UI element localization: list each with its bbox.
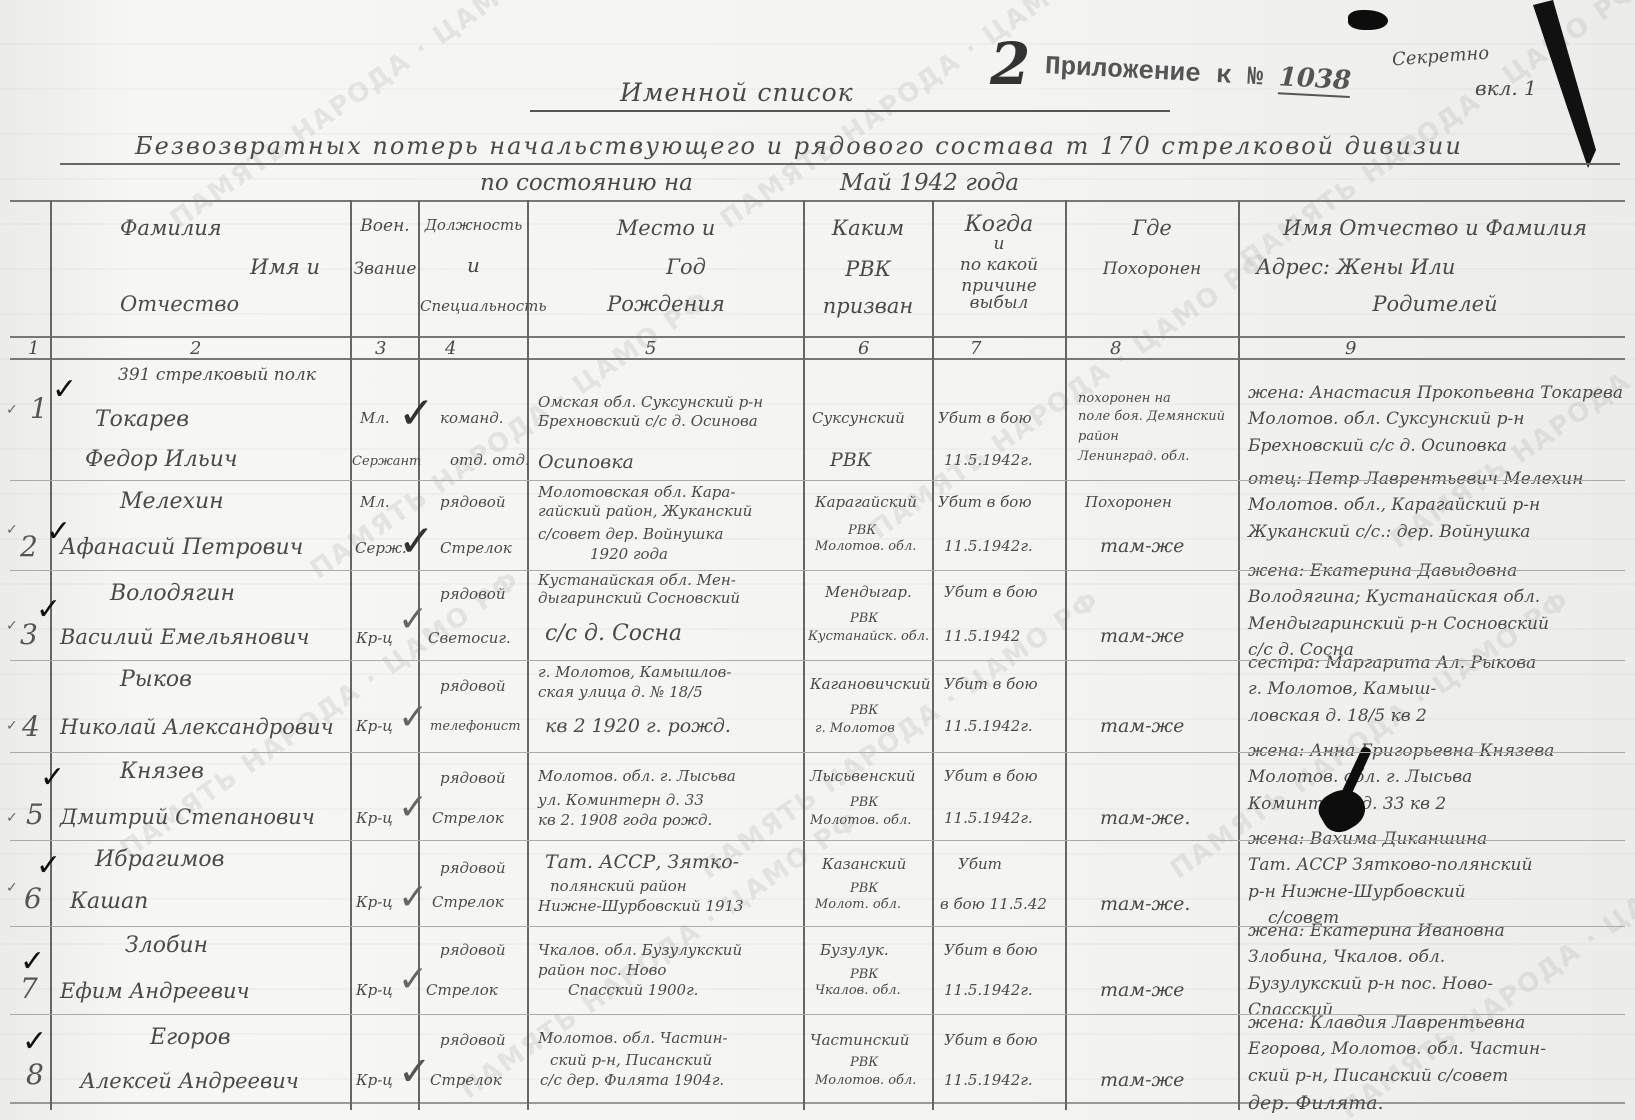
- rvk: РВК: [850, 796, 878, 810]
- position: рядовой: [440, 494, 506, 511]
- row-divider: [10, 1014, 1625, 1015]
- relative-address: жена: Клавдия Лаврентьевна Егорова, Моло…: [1248, 1010, 1546, 1118]
- surname: Рыков: [120, 668, 192, 692]
- header-when-line1: Когда: [934, 214, 1064, 236]
- subtitle-underline: [60, 163, 1620, 165]
- unit-heading: 391 стрелковый полк: [118, 366, 316, 385]
- burial-place: там-же.: [1100, 894, 1190, 915]
- position: Стрелок: [432, 894, 504, 911]
- header-when: Когда и по какой причине выбыл: [934, 214, 1064, 312]
- check-mark-icon: ✓: [398, 602, 428, 638]
- check-mark-icon: ✓: [40, 760, 65, 795]
- surname: Злобин: [125, 934, 208, 958]
- relative-address: жена: Вахима Диканшина Тат. АССР Зятково…: [1248, 826, 1532, 931]
- column-divider: [1238, 200, 1240, 1110]
- address-line: Бузулукский р-н пос. Ново-: [1248, 971, 1505, 997]
- address-line: р-н Нижне-Шурбовский: [1248, 879, 1532, 905]
- position: команд.: [440, 410, 504, 427]
- relative-address: отец: Петр Лаврентьевич Мелехин Молотов.…: [1248, 466, 1583, 545]
- birth-place: с/совет дер. Войнушка: [538, 526, 723, 543]
- position: Стрелок: [430, 1072, 502, 1089]
- row-number: 6: [24, 882, 42, 915]
- check-mark-icon: ✓: [398, 700, 428, 736]
- header-birth: Место и Год Рождения: [530, 218, 802, 315]
- burial-place: Похоронен: [1085, 494, 1172, 511]
- small-check-icon: ✓: [6, 880, 18, 896]
- header-position-line2: и: [420, 255, 527, 275]
- birth-place: Тат. АССР, Зятко-: [545, 852, 739, 873]
- column-number: 7: [970, 338, 981, 359]
- birth-place: Осиповка: [538, 452, 634, 473]
- rvk: РВК: [850, 968, 878, 982]
- column-number: 8: [1110, 338, 1121, 359]
- header-rvk: Каким РВК призван: [805, 218, 931, 317]
- row-number: 8: [26, 1058, 44, 1091]
- burial-place: Ленинград. обл.: [1078, 450, 1189, 464]
- when-reason: Убит в бою: [944, 768, 1038, 785]
- position: Стрелок: [440, 540, 512, 557]
- rvk: Кагановичский: [810, 676, 930, 693]
- address-line: жена: Екатерина Ивановна: [1248, 918, 1505, 944]
- table-top-border: [10, 200, 1625, 202]
- header-when-line2: и: [934, 236, 1064, 253]
- ink-mark-icon: [1528, 0, 1598, 170]
- burial-place: там-же: [1100, 626, 1184, 647]
- header-birth-line2: Год: [530, 257, 802, 278]
- document-subtitle: Безвозвратных потерь начальствующего и р…: [135, 132, 1463, 160]
- surname: Токарев: [95, 408, 189, 432]
- when-reason: Убит в бою: [944, 584, 1038, 601]
- title-underline: [530, 110, 1170, 112]
- rvk: Суксунский: [812, 410, 905, 427]
- address-line: Молотов. обл. г. Лысьва: [1248, 764, 1554, 790]
- when-reason: Убит в бою: [944, 942, 1038, 959]
- given-names: Афанасий Петрович: [60, 536, 303, 560]
- check-mark-icon: ✓: [398, 520, 435, 564]
- header-name-line2: Имя и: [60, 257, 340, 278]
- address-line: ский р-н, Писанский с/совет: [1248, 1063, 1546, 1089]
- header-when-line3: по какой: [934, 257, 1064, 274]
- rank: Кр-ц: [356, 630, 393, 647]
- header-when-line5: выбыл: [934, 295, 1064, 312]
- given-names: Кашап: [70, 890, 148, 914]
- burial-place: похоронен на: [1078, 392, 1171, 406]
- rvk: Молотов. обл.: [815, 540, 916, 554]
- position: Стрелок: [432, 810, 504, 827]
- birth-place: Брехновский с/с д. Осинова: [538, 413, 758, 430]
- address-line: Коминтерн д. 33 кв 2: [1248, 791, 1554, 817]
- header-where: Где Похоронен: [1067, 218, 1237, 278]
- rvk: Бузулук.: [820, 942, 889, 959]
- position: Светосиг.: [428, 630, 511, 647]
- birth-place: ская улица д. № 18/5: [538, 684, 703, 701]
- rvk: Чкалов. обл.: [815, 984, 901, 998]
- position: рядовой: [440, 860, 506, 877]
- column-number: 1: [28, 338, 39, 359]
- header-rvk-line1: Каким: [805, 218, 931, 239]
- when-date: 11.5.1942г.: [944, 982, 1033, 999]
- birth-place: кв 2. 1908 года рожд.: [538, 812, 712, 829]
- row-divider: [10, 480, 1625, 481]
- column-divider: [350, 200, 352, 1110]
- burial-place: там-же: [1100, 1070, 1184, 1091]
- when-date: 11.5.1942г.: [944, 810, 1033, 827]
- address-line: Володягина; Кустанайская обл.: [1248, 584, 1549, 610]
- check-mark-icon: ✓: [398, 962, 428, 998]
- check-mark-icon: ✓: [398, 880, 428, 916]
- surname: Володягин: [110, 582, 235, 606]
- document-title: Именной список: [620, 78, 854, 107]
- when-reason: Убит в бою: [944, 1032, 1038, 1049]
- birth-place: дыгаринский Сосновский: [538, 590, 740, 607]
- rank: Кр-ц: [356, 894, 393, 911]
- check-mark-icon: ✓: [22, 1024, 47, 1059]
- small-check-icon: ✓: [6, 522, 18, 538]
- address-line: дер. Филята.: [1248, 1089, 1546, 1118]
- rvk: РВК: [850, 882, 878, 896]
- relative-address: жена: Екатерина Давыдовна Володягина; Ку…: [1248, 558, 1549, 663]
- birth-place: Кустанайская обл. Мен-: [538, 572, 736, 589]
- as-of-date: Май 1942 года: [840, 170, 1019, 196]
- as-of-label: по состоянию на: [480, 170, 693, 196]
- birth-place: Молотовская обл. Кара-: [538, 484, 735, 501]
- small-check-icon: ✓: [6, 402, 18, 418]
- birth-place: полянский район: [550, 878, 687, 895]
- birth-place: Молотов. обл. г. Лысьва: [538, 768, 736, 785]
- when-reason: Убит: [958, 856, 1002, 873]
- column-number: 5: [645, 338, 656, 359]
- when-reason: Убит в бою: [938, 494, 1032, 511]
- small-check-icon: ✓: [6, 810, 18, 826]
- rvk: РВК: [830, 450, 871, 471]
- check-mark-icon: ✓: [398, 1052, 432, 1092]
- row-number: 7: [20, 972, 38, 1005]
- rank: Кр-ц: [356, 982, 393, 999]
- header-position: Должность и Специальность: [420, 218, 527, 314]
- column-number: 3: [375, 338, 386, 359]
- rvk: РВК: [850, 612, 878, 626]
- header-address-line3: Родителей: [1240, 294, 1630, 315]
- header-name: Фамилия Имя и Отчество: [60, 218, 340, 315]
- position: отд. отд.: [450, 452, 530, 469]
- when-date: 11.5.1942: [944, 628, 1020, 645]
- burial-place: там-же.: [1100, 808, 1190, 829]
- birth-place: ский р-н, Писанский: [550, 1052, 712, 1069]
- birth-place: с/с д. Сосна: [545, 622, 682, 646]
- surname: Ибрагимов: [95, 848, 224, 872]
- address-line: Брехновский с/с д. Осиповка: [1248, 433, 1623, 459]
- burial-place: там-же: [1100, 980, 1184, 1001]
- address-line: жена: Екатерина Давыдовна: [1248, 558, 1549, 584]
- row-divider: [10, 926, 1625, 927]
- relative-address: жена: Екатерина Ивановна Злобина, Чкалов…: [1248, 918, 1505, 1023]
- birth-place: Чкалов. обл. Бузулукский: [538, 942, 742, 959]
- surname: Егоров: [150, 1026, 231, 1050]
- rvk: Молот. обл.: [815, 898, 901, 912]
- birth-place: г. Молотов, Камышлов-: [538, 664, 731, 681]
- ink-blot-icon: [1348, 10, 1388, 30]
- birth-place: Нижне-Шурбовский 1913: [538, 898, 744, 915]
- row-number: 4: [22, 710, 40, 743]
- when-date: 11.5.1942г.: [944, 1072, 1033, 1089]
- row-number: 2: [20, 530, 38, 563]
- birth-place: кв 2 1920 г. рожд.: [545, 716, 731, 737]
- row-number: 3: [20, 618, 38, 651]
- header-position-line1: Должность: [420, 218, 527, 233]
- position: телефонист: [430, 720, 521, 734]
- rank: Мл.: [360, 410, 390, 427]
- relative-address: сестра: Маргарита Ал. Рыкова г. Молотов,…: [1248, 650, 1536, 729]
- column-number: 4: [445, 338, 456, 359]
- address-line: Злобина, Чкалов. обл.: [1248, 944, 1505, 970]
- surname: Мелехин: [120, 490, 224, 514]
- rvk: Молотов. обл.: [815, 1074, 916, 1088]
- rvk: Частинский: [810, 1032, 909, 1049]
- address-line: Мендыгаринский р-н Сосновский: [1248, 611, 1549, 637]
- position: рядовой: [440, 1032, 506, 1049]
- surname: Князев: [120, 760, 204, 784]
- row-divider: [10, 570, 1625, 571]
- position: Стрелок: [426, 982, 498, 999]
- column-number: 6: [858, 338, 869, 359]
- address-line: Молотов. обл., Карагайский р-н: [1248, 492, 1583, 518]
- column-divider: [1065, 200, 1067, 1110]
- address-line: ловская д. 18/5 кв 2: [1248, 703, 1536, 729]
- check-mark-icon: ✓: [398, 392, 435, 436]
- burial-place: там-же: [1100, 536, 1184, 557]
- address-line: сестра: Маргарита Ал. Рыкова: [1248, 650, 1536, 676]
- row-divider: [10, 840, 1625, 841]
- address-line: Молотов. обл. Суксунский р-н: [1248, 406, 1623, 432]
- header-position-line3: Специальность: [420, 299, 527, 314]
- rvk: РВК: [850, 704, 878, 718]
- row-divider: [10, 660, 1625, 661]
- rank: Кр-ц: [356, 810, 393, 827]
- column-divider: [932, 200, 934, 1110]
- header-address-line2: Адрес: Жены Или: [1240, 257, 1630, 278]
- header-where-line1: Где: [1067, 218, 1237, 239]
- header-rvk-line2: РВК: [805, 259, 931, 280]
- rvk: Лысьвенский: [810, 768, 915, 785]
- column-number: 9: [1345, 338, 1356, 359]
- header-where-line2: Похоронен: [1067, 261, 1237, 278]
- rvk: Молотов. обл.: [810, 814, 911, 828]
- header-address-line1: Имя Отчество и Фамилия: [1240, 218, 1630, 239]
- column-divider: [50, 200, 52, 1110]
- check-mark-icon: ✓: [398, 790, 428, 826]
- header-address: Имя Отчество и Фамилия Адрес: Жены Или Р…: [1240, 218, 1630, 315]
- check-mark-icon: ✓: [36, 848, 61, 883]
- header-rank-line2: Звание: [352, 261, 418, 278]
- birth-place: Спасский 1900г.: [568, 982, 698, 999]
- relative-address: жена: Анастасия Прокопьевна Токарева Мол…: [1248, 380, 1623, 459]
- burial-place: там-же: [1100, 716, 1184, 737]
- when-reason: Убит в бою: [944, 676, 1038, 693]
- when-date: 11.5.1942г.: [944, 452, 1033, 469]
- rvk: Мендыгар.: [825, 584, 912, 601]
- relative-address: жена: Анна Григорьевна Князева Молотов. …: [1248, 738, 1554, 817]
- when-reason: Убит в бою: [938, 410, 1032, 427]
- when-date: в бою 11.5.42: [940, 896, 1047, 913]
- rvk: РВК: [850, 1056, 878, 1070]
- when-date: 11.5.1942г.: [944, 538, 1033, 555]
- birth-place: Омская обл. Суксунский р-н: [538, 394, 763, 411]
- column-divider: [527, 200, 529, 1110]
- rvk: РВК: [848, 524, 876, 538]
- given-names: Дмитрий Степанович: [60, 806, 315, 829]
- rank: Сержант: [352, 455, 421, 469]
- header-bottom-border: [10, 336, 1625, 338]
- given-names: Ефим Андреевич: [60, 980, 250, 1003]
- column-number: 2: [190, 338, 201, 359]
- birth-place: ул. Коминтерн д. 33: [538, 792, 704, 809]
- birth-place: гайский район, Жуканский: [538, 503, 752, 520]
- header-birth-line3: Рождения: [530, 294, 802, 315]
- row-divider: [10, 752, 1625, 753]
- position: рядовой: [440, 770, 506, 787]
- header-rank: Воен. Звание: [352, 218, 418, 278]
- rvk: Карагайский: [815, 494, 917, 511]
- position: рядовой: [440, 678, 506, 695]
- rvk: Казанский: [822, 856, 906, 873]
- rank: Кр-ц: [356, 718, 393, 735]
- small-check-icon: ✓: [6, 718, 18, 734]
- header-rank-line1: Воен.: [352, 218, 418, 235]
- given-names: Алексей Андреевич: [80, 1070, 299, 1093]
- annex-big-number: 2: [990, 30, 1030, 98]
- address-line: Егорова, Молотов. обл. Частин-: [1248, 1036, 1546, 1062]
- address-line: жена: Анастасия Прокопьевна Токарева: [1248, 380, 1623, 406]
- birth-year: 1920 года: [590, 546, 668, 563]
- row-number: 5: [26, 798, 44, 831]
- burial-place: район: [1078, 430, 1119, 444]
- check-mark-icon: ✓: [36, 592, 61, 627]
- column-divider: [803, 200, 805, 1110]
- row-number: 1: [30, 392, 48, 425]
- address-line: Тат. АССР Зятково-полянский: [1248, 852, 1532, 878]
- given-names: Николай Александрович: [60, 716, 334, 739]
- rvk: Кустанайск. обл.: [808, 630, 929, 644]
- position: рядовой: [440, 586, 506, 603]
- rank: Кр-ц: [356, 1072, 393, 1089]
- rvk: г. Молотов: [815, 722, 895, 736]
- header-name-line3: Отчество: [60, 294, 340, 315]
- birth-place: с/с дер. Филята 1904г.: [540, 1072, 724, 1089]
- colnum-bottom-border: [10, 358, 1625, 360]
- position: рядовой: [440, 942, 506, 959]
- header-rvk-line3: призван: [805, 296, 931, 317]
- annex-number: 1038: [1278, 62, 1352, 98]
- given-names: Федор Ильич: [85, 448, 238, 472]
- rank: Мл.: [360, 494, 390, 511]
- when-date: 11.5.1942г.: [944, 718, 1033, 735]
- burial-place: поле боя. Демянский: [1078, 410, 1225, 424]
- small-check-icon: ✓: [6, 618, 18, 634]
- header-name-line1: Фамилия: [60, 218, 340, 239]
- address-line: Жуканский с/с.: дер. Войнушка: [1248, 519, 1583, 545]
- birth-place: район пос. Ново: [538, 962, 666, 979]
- birth-place: Молотов. обл. Частин-: [538, 1030, 728, 1047]
- given-names: Василий Емельянович: [60, 626, 310, 649]
- header-birth-line1: Место и: [530, 218, 802, 239]
- check-mark-icon: ✓: [52, 372, 77, 407]
- address-line: г. Молотов, Камыш-: [1248, 676, 1536, 702]
